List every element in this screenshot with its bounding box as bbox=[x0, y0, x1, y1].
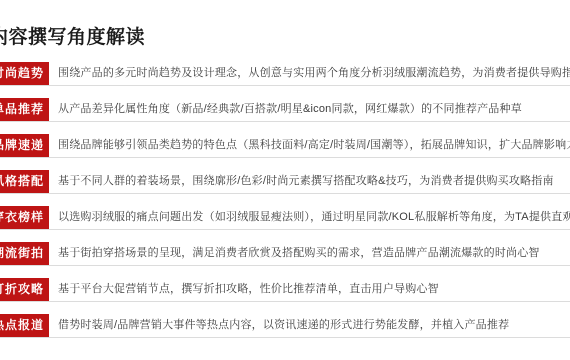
row-description: 以选购羽绒服的痛点问题出发（如羽绒服显瘦法则），通过明星同款/KOL私服解析等角… bbox=[58, 206, 570, 229]
title-area: 内容撰写角度解读 bbox=[0, 26, 570, 52]
table-row: 热点报道 借势时装周/品牌营销大事件等热点内容，以资讯速递的形式进行势能发酵，并… bbox=[0, 314, 570, 338]
slide-content-writing-angles: 内容撰写角度解读 时尚趋势 围绕产品的多元时尚趋势及设计理念，从创意与实用两个角… bbox=[0, 0, 570, 360]
table-row: 单品推荐 从产品差异化属性角度（新品/经典款/百搭款/明星&icon同款，网红爆… bbox=[0, 98, 570, 122]
row-description: 基于街拍穿搭场景的呈现，满足消费者欣赏及搭配购买的需求，营造品牌产品潮流爆款的时… bbox=[58, 242, 570, 265]
page-title: 内容撰写角度解读 bbox=[0, 26, 570, 50]
row-description: 从产品差异化属性角度（新品/经典款/百搭款/明星&icon同款，网红爆款）的不同… bbox=[58, 98, 570, 121]
row-description: 借势时装周/品牌营销大事件等热点内容，以资讯速递的形式进行势能发酵，并植入产品推… bbox=[58, 314, 570, 337]
row-label-badge: 品牌速递 bbox=[0, 134, 49, 157]
row-description: 基于平台大促营销节点，撰写折扣攻略，性价比推荐清单，直击用户导购心智 bbox=[58, 278, 570, 301]
row-label-badge: 时尚趋势 bbox=[0, 62, 49, 85]
row-description: 围绕品牌能够引领品类趋势的特色点（黑科技面料/高定/时装周/国潮等），拓展品牌知… bbox=[58, 134, 570, 157]
row-description: 围绕产品的多元时尚趋势及设计理念，从创意与实用两个角度分析羽绒服潮流趋势，为消费… bbox=[58, 62, 570, 85]
row-label-badge: 打折攻略 bbox=[0, 278, 49, 301]
angle-row-list: 时尚趋势 围绕产品的多元时尚趋势及设计理念，从创意与实用两个角度分析羽绒服潮流趋… bbox=[0, 62, 570, 350]
table-row: 风格搭配 基于不同人群的着装场景，围绕廓形/色彩/时尚元素撰写搭配攻略&技巧，为… bbox=[0, 170, 570, 194]
watermark bbox=[500, 336, 562, 354]
table-row: 品牌速递 围绕品牌能够引领品类趋势的特色点（黑科技面料/高定/时装周/国潮等），… bbox=[0, 134, 570, 158]
row-label-badge: 潮流街拍 bbox=[0, 242, 49, 265]
row-label-badge: 热点报道 bbox=[0, 314, 49, 337]
table-row: 打折攻略 基于平台大促营销节点，撰写折扣攻略，性价比推荐清单，直击用户导购心智 bbox=[0, 278, 570, 302]
row-label-badge: 风格搭配 bbox=[0, 170, 49, 193]
row-description: 基于不同人群的着装场景，围绕廓形/色彩/时尚元素撰写搭配攻略&技巧，为消费者提供… bbox=[58, 170, 570, 193]
table-row: 潮流街拍 基于街拍穿搭场景的呈现，满足消费者欣赏及搭配购买的需求，营造品牌产品潮… bbox=[0, 242, 570, 266]
row-label-badge: 单品推荐 bbox=[0, 98, 49, 121]
table-row: 时尚趋势 围绕产品的多元时尚趋势及设计理念，从创意与实用两个角度分析羽绒服潮流趋… bbox=[0, 62, 570, 86]
row-label-badge: 穿衣榜样 bbox=[0, 206, 49, 229]
table-row: 穿衣榜样 以选购羽绒服的痛点问题出发（如羽绒服显瘦法则），通过明星同款/KOL私… bbox=[0, 206, 570, 230]
